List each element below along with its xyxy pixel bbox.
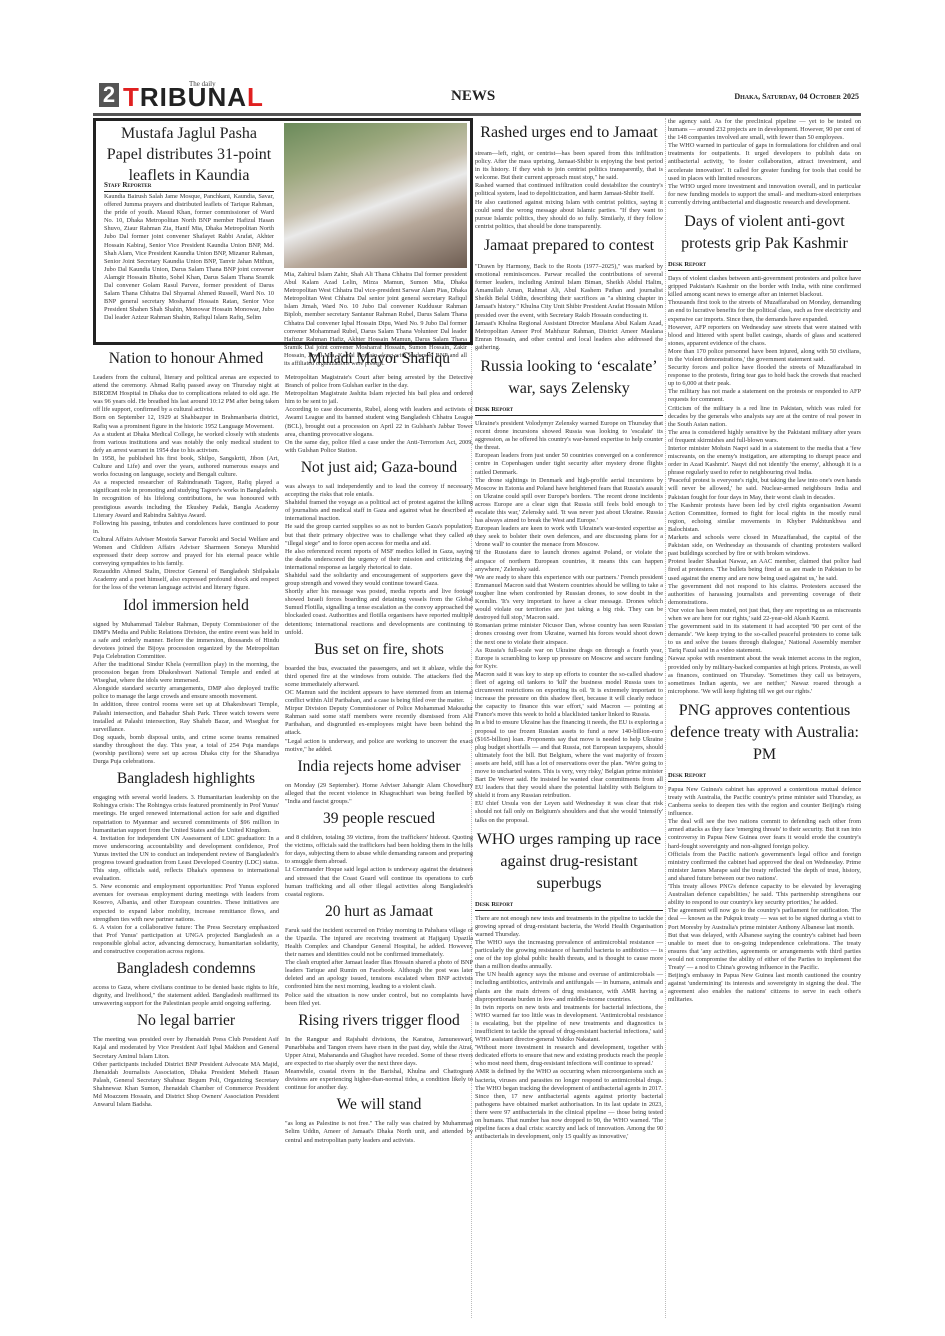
article-paragraph: Security forces and police have flooded … [668,364,861,388]
article-headline: Muladi Mayor Shafiqu [285,350,473,368]
article: 39 people rescuedand 8 children, totalin… [285,810,473,899]
article-paragraph: Mirpur Division Deputy Commissioner of P… [285,705,473,737]
article-headline: Rising rivers trigger flood [285,1012,473,1030]
article-paragraph: As a student at Dhaka Medical College, h… [93,431,279,455]
article-paragraph: Faruk said the incident occurred on Frid… [285,927,473,959]
article-headline: Russia looking to ‘escalate’ war, says Z… [475,356,663,400]
article-paragraph: Meanwhile, coastal rivers in the Barisha… [285,1068,473,1092]
lead-headline: Mustafa Jaglul Pasha Papel distributes 3… [104,123,274,186]
article-paragraph: In the Rangpur and Rajshahi divisions, t… [285,1036,473,1068]
article-headline: Bangladesh highlights [93,770,279,788]
article-paragraph: Papua New Guinea's cabinet has approved … [668,786,861,818]
article: Bangladesh highlightsengaging with sever… [93,770,279,956]
article: We will stand"as long as Palestine is no… [285,1096,473,1144]
article: Rising rivers trigger floodIn the Rangpu… [285,1012,473,1093]
article-paragraph: The deal will see the two nations commit… [668,818,861,850]
article-paragraph: The WHO urged more investment and innova… [668,183,861,207]
article-paragraph: Since then, 17 new antibacterial agents … [475,1093,663,1142]
article-headline: No legal barrier [93,1012,279,1030]
article-paragraph: In recognition of his lifelong contribut… [93,495,279,519]
column-three: Rashed urges end to Jamaatstream—left, r… [475,118,663,1141]
article-paragraph: The meeting was presided over by Jhenaid… [93,1036,279,1060]
article-paragraph: EU chief Ursula von der Leyen said Wedne… [475,800,663,824]
lead-byline: Staff Reporter [104,181,274,192]
article-paragraph: Following his passing, tributes and cond… [93,520,279,536]
article-paragraph: The UN health agency says the misuse and… [475,971,663,1003]
article-paragraph: There are not enough new tests and treat… [475,915,663,939]
page-number: 2 [99,83,119,107]
article-paragraph: Markets and schools were closed in Muzaf… [668,534,861,558]
article-paragraph: European leaders are keen to work with U… [475,525,663,549]
left-subcolumn: Nation to honour AhmedLeaders from the c… [93,346,279,1109]
article-paragraph: Police said the situation is now under c… [285,992,473,1008]
article-paragraph: "Legal action is underway, and police ar… [285,738,473,754]
article-paragraph: engaging with several world leaders. 3. … [93,794,279,834]
article-paragraph: OC Mamun said the incident appears to ha… [285,689,473,705]
article-paragraph: According to case documents, Rubel, alon… [285,406,473,438]
article-headline: Idol immersion held [93,597,279,615]
article-paragraph: However, AFP reporters on Wednesday saw … [668,324,861,348]
article-paragraph: Interior minister Mohsin Naqvi said in a… [668,445,861,477]
article: WHO urges ramping up race against drug-r… [475,829,663,1142]
article-headline: Days of violent anti-govt protests grip … [668,211,861,255]
article-paragraph: In addition, three control rooms were se… [93,701,279,733]
lead-photo [284,123,467,268]
article-paragraph: In twin reports on new tests and treatme… [475,1004,663,1044]
article-paragraph: Romanian prime minister Nicusor Dan, who… [475,622,663,646]
article: Russia looking to ‘escalate’ war, says Z… [475,356,663,825]
article-paragraph: The area is considered highly sensitive … [668,429,861,445]
article-paragraph: Lt Commander Hoque said legal action is … [285,866,473,898]
lead-body: Kaundia Bairush Salah Jame Mosque, Panch… [104,193,274,323]
article-paragraph: "Drawn by Harmony, Back to the Roots (19… [475,263,663,320]
article-paragraph: As a respected researcher of Rabindranat… [93,479,279,495]
article-paragraph: Shahidul framed the voyage as a politica… [285,499,473,523]
article-headline: 20 hurt as Jamaat [285,903,473,921]
article-paragraph: Criticism of the military is a red line … [668,405,861,429]
article-paragraph: Thousands first took to the streets of M… [668,299,861,323]
article-headline: Not just aid; Gaza-bound [285,459,473,477]
article-paragraph: AMR is defined by the WHO as occurring w… [475,1068,663,1092]
article-paragraph: The military has not made a statement on… [668,388,861,404]
newspaper-logo: TRIBUNAL [123,82,264,113]
article-paragraph: The WHO warned in particular of gaps in … [668,142,861,182]
article: Nation to honour AhmedLeaders from the c… [93,350,279,593]
article: Bus set on fire, shotsboarded the bus, e… [285,641,473,754]
article-paragraph: Metropolitan Magistrate's Court after be… [285,374,473,390]
article: the agency said. As for the preclinical … [668,118,861,207]
article-paragraph: the agency said. As for the preclinical … [668,118,861,142]
section-label: NEWS [451,88,495,105]
article: India rejects home adviseron Monday (29 … [285,758,473,806]
article-paragraph: Alongside standard security arrangements… [93,685,279,701]
column-four: the agency said. As for the preclinical … [668,118,861,1004]
article: Jamaat prepared to contest"Drawn by Harm… [475,235,663,352]
article-paragraph: Born on September 12, 1929 at Shahbazpur… [93,414,279,430]
article-paragraph: 5. New economic and employment opportuni… [93,883,279,923]
article: No legal barrierThe meeting was presided… [93,1012,279,1109]
lead-story-box: Mustafa Jaglul Pasha Papel distributes 3… [93,118,473,345]
article-paragraph: Nawaz spoke with resentment about the we… [668,655,861,695]
article-paragraph: 'This treaty allows PNG's defence capaci… [668,883,861,907]
article-paragraph: Officials from the Pacific nation's gove… [668,851,861,883]
article-paragraph: 'Without more investment in research and… [475,1044,663,1068]
article-paragraph: But that was delayed, with Albanese sayi… [668,932,861,972]
article-paragraph: The WHO says the increasing prevalence o… [475,939,663,971]
newspaper-page: 2 The daily TRIBUNAL NEWS Dhaka, Saturda… [93,80,861,116]
article-headline: Bangladesh condemns [93,960,279,978]
article-paragraph: Dog squads, bomb disposal units, and cri… [93,734,279,766]
article-paragraph: In a bid to ensure Ukraine has the finan… [475,719,663,800]
article: Idol immersion heldsigned by Muhammad Ta… [93,597,279,767]
article-paragraph: The Kashmir protests have been led by ci… [668,502,861,534]
article-paragraph: He also cautioned against mixing Islam w… [475,199,663,231]
article-paragraph: He said the group carried supplies so as… [285,523,473,547]
article-paragraph: Beijing's embassy in Papua New Guinea la… [668,972,861,1004]
masthead: 2 The daily TRIBUNAL NEWS Dhaka, Saturda… [93,80,861,116]
article-paragraph: Leaders from the cultural, literary and … [93,374,279,414]
article-paragraph: Days of violent clashes between anti-gov… [668,275,861,299]
article-paragraph: The agreement will now go to the country… [668,907,861,931]
article-paragraph: The government said in its statement it … [668,623,861,655]
article: 20 hurt as JamaatFaruk said the incident… [285,903,473,1008]
article-paragraph: 'Our voice has been muted, not just that… [668,607,861,623]
article-paragraph: European leaders from just under 50 coun… [475,452,663,476]
article-paragraph: and 8 children, totaling 39 victims, fro… [285,834,473,866]
middle-subcolumn: Muladi Mayor ShafiquMetropolitan Magistr… [285,346,473,1145]
article-paragraph: signed by Muhammad Talebur Rahman, Deput… [93,621,279,661]
article-paragraph: Macron said it was key to step up effort… [475,671,663,720]
article-paragraph: boarded the bus, evacuated the passenger… [285,665,473,689]
article-paragraph: 4. Invitation for independent UN Assessm… [93,835,279,884]
article: Rashed urges end to Jamaatstream—left, r… [475,122,663,231]
article-paragraph: On the same day, police filed a case und… [285,439,473,455]
article-paragraph: Protest leader Shaukat Nawaz, an AAC mem… [668,558,861,582]
article-paragraph: was always to sail independently and to … [285,483,473,499]
article-paragraph: The drone sightings in Denmark and high-… [475,477,663,526]
article: PNG approves contentious defence treaty … [668,700,861,1005]
article-paragraph: Metropolitan Magistrate Jashita Islam re… [285,390,473,406]
article-paragraph: In 1958, he published his first book, Sh… [93,455,279,479]
article-paragraph: access to Gaza, where civilians continue… [93,984,279,1008]
article-paragraph: Rashed warned that continued infiltratio… [475,182,663,198]
article-byline: Desk Report [475,901,663,911]
article-paragraph: The government did not respond to his cl… [668,583,861,607]
article-byline: Desk Report [668,772,861,782]
article-paragraph: stream—left, right, or centrist—has been… [475,150,663,182]
article-headline: We will stand [285,1096,473,1114]
article-paragraph: After the traditional Sindur Khela (verm… [93,661,279,685]
article-headline: WHO urges ramping up race against drug-r… [475,829,663,895]
article: Muladi Mayor ShafiquMetropolitan Magistr… [285,350,473,455]
article-headline: Bus set on fire, shots [285,641,473,659]
article-paragraph: Jamaat's Khulna Regional Assistant Direc… [475,320,663,352]
article-paragraph: "as long as Palestine is not free." The … [285,1120,473,1144]
article-headline: Rashed urges end to Jamaat [475,122,663,144]
article-paragraph: More than 170 police personnel have been… [668,348,861,364]
article-paragraph: 6. A vision for a collaborative future: … [93,924,279,956]
article-headline: India rejects home adviser [285,758,473,776]
article: Not just aid; Gaza-boundwas always to sa… [285,459,473,637]
article-paragraph: Rezauddin Ahmed Stalin, Director General… [93,568,279,592]
article-paragraph: on Monday (29 September). Home Adviser J… [285,782,473,806]
article-byline: Desk Report [668,261,861,271]
article-paragraph: 'We are ready to share this experience w… [475,574,663,623]
article-paragraph: Shahidul said the solidarity and encoura… [285,572,473,588]
article-paragraph: The clash erupted after Jamaat leader Il… [285,959,473,991]
article-paragraph: 'If the Russians dare to launch drones a… [475,549,663,573]
article-paragraph: Ukraine's president Volodymyr Zelensky w… [475,420,663,452]
article-paragraph: Other participants included District BNP… [93,1061,279,1110]
column-divider [665,118,666,1318]
dateline: Dhaka, Saturday, 04 October 2025 [734,92,859,101]
article-paragraph: Cultural Affairs Adviser Mostofa Sarwar … [93,536,279,568]
left-block: Mustafa Jaglul Pasha Papel distributes 3… [93,118,473,345]
article-headline: Jamaat prepared to contest [475,235,663,257]
article-paragraph: Shortly after his message was posted, me… [285,588,473,637]
article: Days of violent anti-govt protests grip … [668,211,861,696]
article-headline: PNG approves contentious defence treaty … [668,700,861,766]
article: Bangladesh condemnsaccess to Gaza, where… [93,960,279,1008]
article-byline: Desk Report [475,406,663,416]
article-headline: 39 people rescued [285,810,473,828]
article-paragraph: 'Peaceful protest is everyone's right, b… [668,477,861,501]
article-headline: Nation to honour Ahmed [93,350,279,368]
article-paragraph: As Russia's full-scale war on Ukraine dr… [475,647,663,671]
article-paragraph: He also referenced recent reports of MSF… [285,548,473,572]
